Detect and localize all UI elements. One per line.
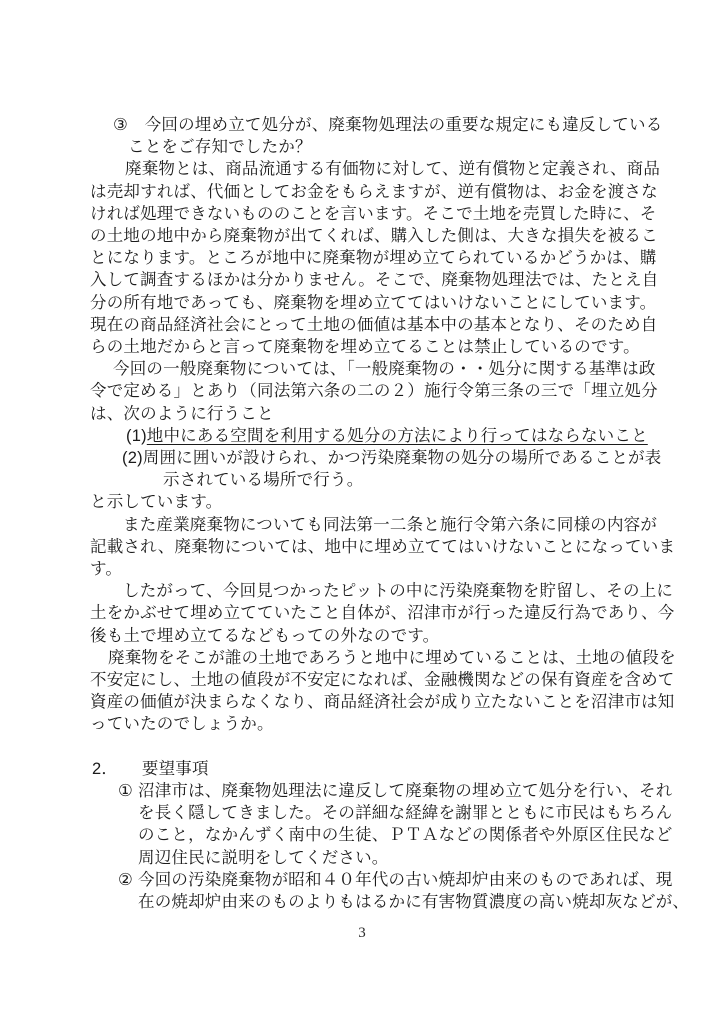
line-text: 記載され、廃棄物については、地中に埋め立ててはいけないことになっていま [90,538,675,556]
text-line: (1)地中にある空間を利用する処分の方法により行ってはならないこと [90,425,650,447]
line-text: 廃棄物とは、商品流通する有価物に対して、逆有償物と定義され、商品 [125,160,660,178]
line-text: (2)周囲に囲いが設けられ、かつ汚染廃棄物の処分の場所であることが表 [122,449,661,467]
text-line: 分の所有地であっても、廃棄物を埋め立ててはいけないことにしています。 [90,292,650,314]
section-title: 要望事項 [142,758,209,780]
text-line: 土をかぶせて埋め立てていたこと自体が、沼津市が行った違反行為であり、今 [90,602,650,624]
text-line: 廃棄物をそこが誰の土地であろうと地中に埋めていることは、土地の値段を [90,647,650,669]
line-text: っていたのでしょうか。 [90,715,274,733]
text-line: とになります。ところが地中に廃棄物が埋め立てられているかどうかは、購 [90,247,650,269]
line-text: ③ 今回の埋め立て処分が、廃棄物処理法の重要な規定にも違反している [113,116,662,134]
request-item-marker: ② [118,869,138,913]
text-line: (2)周囲に囲いが設けられ、かつ汚染廃棄物の処分の場所であることが表 [90,447,650,469]
line-text: ことをご存知でしたか？ [128,138,312,156]
text-line: 周辺住民に説明をしてください。 [138,847,672,869]
text-line: 令で定める」とあり（同法第六条の二の２）施行令第三条の三で「埋立処分 [90,380,650,402]
text-line: 後も土で埋め立てるなどもっての外なのです。 [90,625,650,647]
text-line: ければ処理できないもののことを言います。そこで土地を売買した時に、そ [90,203,650,225]
text-line: 廃棄物とは、商品流通する有価物に対して、逆有償物と定義され、商品 [90,158,650,180]
text-line: ことをご存知でしたか？ [90,136,650,158]
body-lines: ③ 今回の埋め立て処分が、廃棄物処理法の重要な規定にも違反していることをご存知で… [90,114,650,736]
text-line: は売却すれば、代価としてお金をもらえますが、逆有償物は、お金を渡さな [90,181,650,203]
text-line: っていたのでしょうか。 [90,713,650,735]
text-line: のこと，なかんずく南中の生徒、ＰＴＡなどの関係者や外原区住民など [138,824,672,846]
line-text: す。 [90,560,122,578]
text-line: したがって、今回見つかったピットの中に汚染廃棄物を貯留し、その上に [90,580,650,602]
line-text: 廃棄物をそこが誰の土地であろうと地中に埋めていることは、土地の値段を [108,649,676,667]
document-body: ③ 今回の埋め立て処分が、廃棄物処理法の重要な規定にも違反していることをご存知で… [90,114,650,913]
line-text: とになります。ところが地中に廃棄物が埋め立てられているかどうかは、購 [90,249,656,267]
text-line: は、次のように行うこと [90,403,650,425]
underlined-text: 地中にある空間を利用する処分の方法により行ってはならないこと [147,427,648,445]
page-number: 3 [0,925,724,942]
text-line: 在の焼却炉由来のものよりもはるかに有害物質濃度の高い焼却灰などが、 [138,891,689,913]
line-text: 資産の価値が決まらなくなり、商品経済社会が成り立たないことを沼津市は知 [90,693,675,711]
line-text: 現在の商品経済社会にとって土地の価値は基本中の基本となり、そのため自 [90,316,657,334]
text-line: 沼津市は、廃棄物処理法に違反して廃棄物の埋め立て処分を行い、それ [138,780,672,802]
text-line: と示しています。 [90,491,650,513]
text-line: の土地の地中から廃棄物が出てくれば、購入した側は、大きな損失を被るこ [90,225,650,247]
text-line: を長く隠してきました。その詳細な経緯を謝罪とともに市民はもちろん [138,802,672,824]
text-line: す。 [90,558,650,580]
text-line: らの土地だからと言って廃棄物を埋め立てることは禁止しているのです。 [90,336,650,358]
section-number: 2． [90,758,118,780]
line-text: 不安定にし、土地の値段が不安定になれば、金融機関などの保有資産を含めて [90,671,675,689]
line-text: と示しています。 [90,493,222,511]
line-text: 示されている場所で行う。 [163,471,363,489]
text-line: 資産の価値が決まらなくなり、商品経済社会が成り立たないことを沼津市は知 [90,691,650,713]
request-item-lines: 沼津市は、廃棄物処理法に違反して廃棄物の埋め立て処分を行い、それを長く隠してきま… [138,780,672,869]
line-text: (1) [126,427,147,445]
request-item-marker: ① [118,780,138,869]
line-text: の土地の地中から廃棄物が出てくれば、購入した側は、大きな損失を被るこ [90,227,658,245]
line-text: また産業廃棄物についても同法第一二条と施行令第六条に同様の内容が [123,516,657,534]
text-line: ③ 今回の埋め立て処分が、廃棄物処理法の重要な規定にも違反している [90,114,650,136]
line-text: 土をかぶせて埋め立てていたこと自体が、沼津市が行った違反行為であり、今 [90,604,675,622]
line-text: 分の所有地であっても、廃棄物を埋め立ててはいけないことにしています。 [90,294,656,312]
request-item-lines: 今回の汚染廃棄物が昭和４０年代の古い焼却炉由来のものであれば、現在の焼却炉由来の… [138,869,689,913]
line-text: らの土地だからと言って廃棄物を埋め立てることは禁止しているのです。 [90,338,640,356]
text-line: 今回の汚染廃棄物が昭和４０年代の古い焼却炉由来のものであれば、現 [138,869,689,891]
line-text: 入して調査するほかは分かりません。そこで、廃棄物処理法では、たとえ自 [90,271,658,289]
line-text: したがって、今回見つかったピットの中に汚染廃棄物を貯留し、その上に [123,582,673,600]
line-text: ければ処理できないもののことを言います。そこで土地を売買した時に、そ [90,205,656,223]
text-line: 記載され、廃棄物については、地中に埋め立ててはいけないことになっていま [90,536,650,558]
line-text: 今回の一般廃棄物については、「一般廃棄物の・・処分に関する基準は政 [113,360,656,378]
requests-section: 2． 要望事項 ①沼津市は、廃棄物処理法に違反して廃棄物の埋め立て処分を行い、そ… [90,758,650,913]
request-item: ②今回の汚染廃棄物が昭和４０年代の古い焼却炉由来のものであれば、現在の焼却炉由来… [90,869,650,913]
document-page: ③ 今回の埋め立て処分が、廃棄物処理法の重要な規定にも違反していることをご存知で… [0,0,724,1024]
section-heading: 2． 要望事項 [90,758,650,780]
line-text: は売却すれば、代価としてお金をもらえますが、逆有償物は、お金を渡さな [90,183,658,201]
text-line: また産業廃棄物についても同法第一二条と施行令第六条に同様の内容が [90,514,650,536]
text-line: 示されている場所で行う。 [90,469,650,491]
line-text: 後も土で埋め立てるなどもっての外なのです。 [90,627,439,645]
request-item: ①沼津市は、廃棄物処理法に違反して廃棄物の埋め立て処分を行い、それを長く隠してき… [90,780,650,869]
request-list: ①沼津市は、廃棄物処理法に違反して廃棄物の埋め立て処分を行い、それを長く隠してき… [90,780,650,913]
text-line: 不安定にし、土地の値段が不安定になれば、金融機関などの保有資産を含めて [90,669,650,691]
line-text: は、次のように行うこと [90,405,274,423]
text-line: 現在の商品経済社会にとって土地の価値は基本中の基本となり、そのため自 [90,314,650,336]
line-text: 令で定める」とあり（同法第六条の二の２）施行令第三条の三で「埋立処分 [90,382,658,400]
text-line: 入して調査するほかは分かりません。そこで、廃棄物処理法では、たとえ自 [90,269,650,291]
text-line: 今回の一般廃棄物については、「一般廃棄物の・・処分に関する基準は政 [90,358,650,380]
